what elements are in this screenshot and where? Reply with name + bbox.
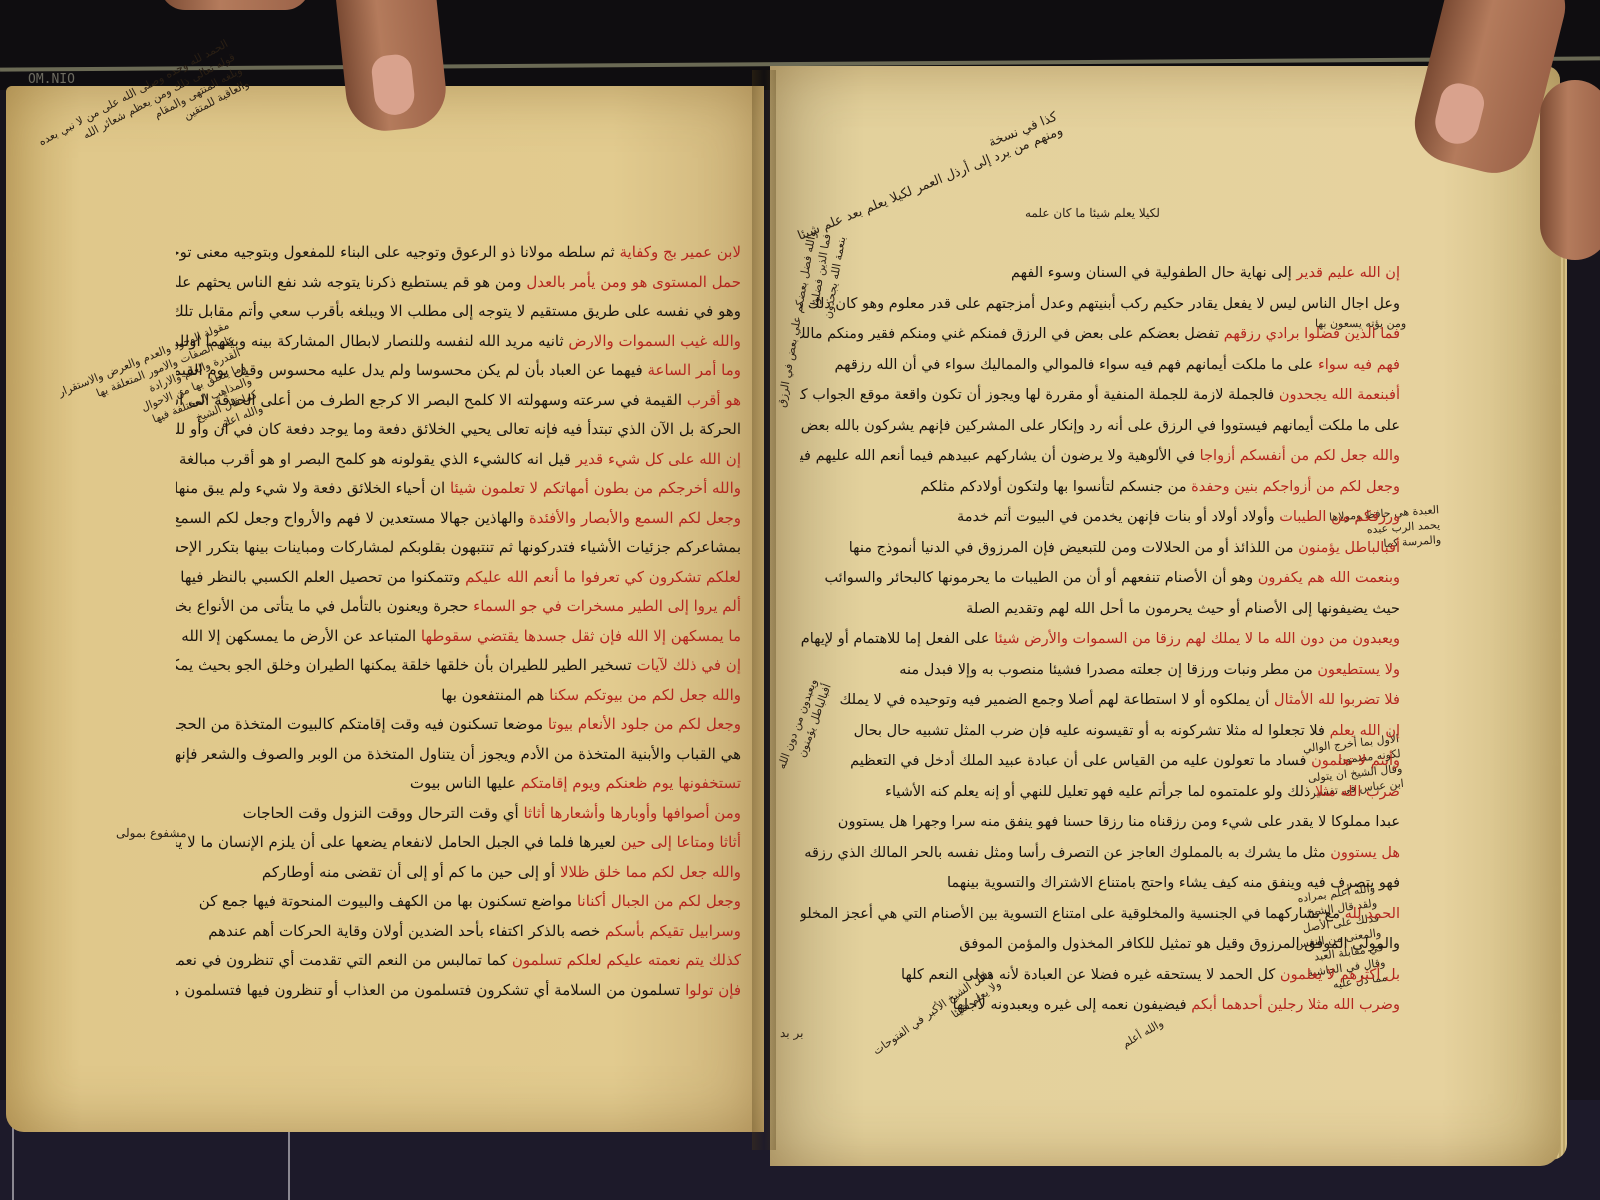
body-text: فساد ما تعولون عليه من القياس على أن عبا… — [850, 753, 1306, 769]
right-catchword: بر بد — [780, 1026, 803, 1040]
manuscript-line: ألم يروا إلى الطير مسخرات في جو السماء ح… — [176, 592, 741, 622]
body-text: مع تشاركهما في الجنسية والمخلوقية على ام… — [800, 906, 1340, 922]
rubric-text: فما الذين فضلوا برادي رزقهم — [1224, 326, 1400, 342]
body-text: هي القباب والأبنية المتخذة من الأدم ويجو… — [176, 745, 741, 763]
manuscript-line: تستخفونها يوم ظعنكم ويوم إقامتكم عليها ا… — [176, 769, 741, 799]
rubric-text: أفبنعمة الله يجحدون — [1279, 387, 1400, 403]
rubric-text: إن في ذلك لآيات — [637, 656, 741, 674]
body-text: فالجملة لازمة للجملة المنفية أو مقررة له… — [800, 387, 1274, 403]
rubric-text: والله غيب السموات والارض — [568, 332, 741, 350]
body-text: الحركة بل الآن الذي تبتدأ فيه فإنه تعالى… — [176, 420, 741, 438]
manuscript-line: وضرب الله مثلا رجلين أحدهما أبكم فيضيفون… — [800, 990, 1400, 1021]
body-text: في الألوهية ولا يرضون أن يشاركهم عبيدهم … — [800, 448, 1195, 464]
rubric-text: ألم يروا إلى الطير مسخرات في جو السماء — [473, 597, 741, 615]
manuscript-line: ورزقكم من الطيبات وأولاد أولاد أو بنات ف… — [800, 502, 1400, 533]
right-top-marginal-note: كذا في نسخة ومنهم من يرد إلى أرذل العمر … — [790, 109, 1065, 243]
manuscript-line: وما أمر الساعة فيهما عن العباد بأن لم يك… — [176, 356, 741, 386]
rubric-text: وما أمر الساعة — [647, 361, 741, 379]
body-text: هم المنتفعون بها — [441, 686, 544, 704]
manuscript-line: بل أكثرهم لا يعلمون كل الحمد لا يستحقه غ… — [800, 960, 1400, 991]
rubric-text: لابن عمير بج وكفاية — [620, 243, 742, 261]
backdrop-edge-line — [12, 1120, 14, 1200]
body-text: إلى نهاية حال الطفولية في السنان وسوء ال… — [1011, 265, 1292, 281]
body-text: ذلك ولو علمتموه لما جرأتم عليه فهو تعليل… — [885, 784, 1310, 800]
rubric-text: والله أخرجكم من بطون أمهاتكم لا تعلمون ش… — [450, 479, 741, 497]
rubric-text: حمل المستوى هو ومن يأمر بالعدل — [526, 273, 741, 291]
rubric-text: والله جعل لكم من أنفسكم أزواجا — [1200, 448, 1400, 464]
manuscript-line: والله جعل لكم من بيوتكم سكنا هم المنتفعو… — [176, 681, 741, 711]
body-text: وهو في نفسه على طريق مستقيم لا يتوجه إلى… — [176, 302, 741, 320]
manuscript-line: وعل اجال الناس ليس لا يفعل يقادر حكيم رك… — [800, 289, 1400, 320]
manuscript-line: إن الله عليم قدير إلى نهاية حال الطفولية… — [800, 258, 1400, 289]
manuscript-line: على ما ملكت أيمانهم فيستووا في الرزق على… — [800, 411, 1400, 442]
manuscript-line: هو أقرب القيمة في سرعته وسهولته الا كلمح… — [176, 386, 741, 416]
manuscript-line: لعلكم تشكرون كي تعرفوا ما أنعم الله عليك… — [176, 563, 741, 593]
manuscript-line: وسرابيل تقيكم بأسكم خصه بالذكر اكتفاء بأ… — [176, 917, 741, 947]
rubric-text: فلا تضربوا لله الأمثال — [1274, 692, 1400, 708]
rubric-text: وجعل لكم من الجبال أكنانا — [577, 892, 741, 910]
rubric-text: هل يستوون — [1330, 845, 1400, 861]
rubric-text: أفبالباطل يؤمنون — [1298, 540, 1400, 556]
body-text: وأولاد أولاد أو بنات فإنهن يخدمن في البي… — [957, 509, 1275, 525]
manuscript-line: ومن أصوافها وأوبارها وأشعارها أثاثا أي و… — [176, 799, 741, 829]
book-gutter — [752, 70, 776, 1150]
body-text: فيهما عن العباد بأن لم يكن محسوسا ولم يد… — [176, 361, 643, 379]
rubric-text: فهم فيه سواء — [1318, 357, 1400, 373]
manuscript-line: إن الله يعلم فلا تجعلوا له مثلا تشركونه … — [800, 716, 1400, 747]
manuscript-line: كذلك يتم نعمته عليكم لعلكم تسلمون كما تم… — [176, 946, 741, 976]
rubric-text: وجعل لكم من جلود الأنعام بيوتا — [548, 715, 741, 733]
body-text: المتباعد عن الأرض ما يمسكهن إلا الله — [181, 627, 416, 645]
rubric-text: ولا يستطيعون — [1317, 662, 1400, 678]
rubric-text: ورزقكم من الطيبات — [1279, 509, 1400, 525]
body-text: مثل ما يشرك به بالمملوك العاجز عن التصرف… — [800, 845, 1326, 861]
manuscript-line: والمولى الموفق المرزوق وقيل هو تمثيل للك… — [800, 929, 1400, 960]
body-text: ان أحياء الخلائق دفعة ولا شيء ولم يبق من… — [176, 479, 445, 497]
manuscript-line: حمل المستوى هو ومن يأمر بالعدل ومن هو قم… — [176, 268, 741, 298]
manuscript-line: الحمد لله مع تشاركهما في الجنسية والمخلو… — [800, 899, 1400, 930]
manuscript-line: وجعل لكم من أزواجكم بنين وحفدة من جنسكم … — [800, 472, 1400, 503]
body-text: أن يملكوه أو لا استطاعة لهم أصلا وجمع ال… — [839, 692, 1269, 708]
rubric-text: إن الله عليم قدير — [1296, 265, 1400, 281]
rubric-text: ضرب الله مثلا — [1315, 784, 1400, 800]
rubric-text: وبنعمت الله هم يكفرون — [1258, 570, 1400, 586]
body-text: فيضيفون نعمه إلى غيره ويعبدونه لأجلها — [953, 997, 1187, 1013]
rubric-text: فإن تولوا — [685, 981, 741, 999]
manuscript-line: والله غيب السموات والارض ثانيه مريد الله… — [176, 327, 741, 357]
rubric-text: كذلك يتم نعمته عليكم لعلكم تسلمون — [512, 951, 741, 969]
body-text: والمولى الموفق المرزوق وقيل هو تمثيل للك… — [959, 936, 1400, 952]
manuscript-left-page: الحمد لله وحده وصلى الله على من لا نبي ب… — [6, 86, 764, 1132]
manuscript-line: هل يستوون مثل ما يشرك به بالمملوك العاجز… — [800, 838, 1400, 869]
body-text: أو إلى حين ما كم أو إلى أن تقضى منه أوطا… — [262, 863, 555, 881]
manuscript-line: وجعل لكم من الجبال أكنانا مواضع تسكنون ب… — [176, 887, 741, 917]
rubric-text: ويعبدون من دون الله ما لا يملك لهم رزقا … — [994, 631, 1400, 647]
manuscript-line: الحركة بل الآن الذي تبتدأ فيه فإنه تعالى… — [176, 415, 741, 445]
rubric-text: الحمد لله — [1345, 906, 1400, 922]
manuscript-line: ضرب الله مثلا ذلك ولو علمتموه لما جرأتم … — [800, 777, 1400, 808]
manuscript-line: لابن عمير بج وكفاية ثم سلطه مولانا ذو ال… — [176, 238, 741, 268]
body-text: القيمة في سرعته وسهولته الا كلمح البصر ا… — [176, 391, 682, 409]
manuscript-line: وجعل لكم من جلود الأنعام بيوتا موضعا تسك… — [176, 710, 741, 740]
body-text: من مطر ونبات ورزقا إن جعلته مصدرا فشيئا … — [899, 662, 1313, 678]
manuscript-line: فهم فيه سواء على ما ملكت أيمانهم فهم فيه… — [800, 350, 1400, 381]
rubric-text: وأنتم لا تعلمون — [1311, 753, 1400, 769]
body-text: لعيرها فلما في الجبل الحامل لانفعام يضعه… — [176, 833, 616, 851]
backdrop-label: OM.NIO — [28, 72, 75, 87]
body-text: ومن هو قم يستطيع ذكرنا يتوجه شد نفع النا… — [176, 273, 522, 291]
manuscript-line: إن الله على كل شيء قدير قيل انه كالشيء ا… — [176, 445, 741, 475]
body-text: وعل اجال الناس ليس لا يفعل يقادر حكيم رك… — [800, 296, 1400, 312]
rubric-text: وجعل لكم من أزواجكم بنين وحفدة — [1191, 479, 1400, 495]
body-text: والهاذين جهالا مستعدين لا فهم والأرواح و… — [176, 509, 524, 527]
manuscript-line: والله جعل لكم مما خلق ظلالا أو إلى حين م… — [176, 858, 741, 888]
body-text: تسخير الطير للطيران بأن خلقها خلقة يمكنه… — [176, 656, 632, 674]
manuscript-line: وهو في نفسه على طريق مستقيم لا يتوجه إلى… — [176, 297, 741, 327]
rubric-text: بل أكثرهم لا يعلمون — [1280, 967, 1400, 983]
body-text: حيث يضيفونها إلى الأصنام أو حيث يحرمون م… — [966, 601, 1400, 617]
manuscript-line: ولا يستطيعون من مطر ونبات ورزقا إن جعلته… — [800, 655, 1400, 686]
body-text: وهو أن الأصنام تنفعهم أو أن من الطيبات م… — [824, 570, 1253, 586]
body-text: فهو يتصرف فيه وينفق منه كيف يشاء واحتج ب… — [947, 875, 1400, 891]
body-text: فلا تجعلوا له مثلا تشركونه به أو تقيسونه… — [854, 723, 1325, 739]
rubric-text: وجعل لكم السمع والأبصار والأفئدة — [529, 509, 741, 527]
manuscript-line: والله جعل لكم من أنفسكم أزواجا في الألوه… — [800, 441, 1400, 472]
manuscript-line: وجعل لكم السمع والأبصار والأفئدة والهاذي… — [176, 504, 741, 534]
left-page-main-text: لابن عمير بج وكفاية ثم سلطه مولانا ذو ال… — [176, 238, 741, 1005]
rubric-text: إن الله يعلم — [1330, 723, 1400, 739]
manuscript-line: ما يمسكهن إلا الله فإن ثقل جسدها يقتضي س… — [176, 622, 741, 652]
rubric-text: أثاثا ومتاعا إلى حين — [621, 833, 741, 851]
body-text: تسلمون من السلامة أي تشكرون فتسلمون من ا… — [176, 981, 680, 999]
backdrop-edge-line — [288, 1120, 290, 1200]
manuscript-line: فلا تضربوا لله الأمثال أن يملكوه أو لا ا… — [800, 685, 1400, 716]
rubric-text: ما يمسكهن إلا الله فإن ثقل جسدها يقتضي س… — [421, 627, 741, 645]
manuscript-right-page: كذا في نسخة ومنهم من يرد إلى أرذل العمر … — [770, 66, 1560, 1166]
manuscript-line: وبنعمت الله هم يكفرون وهو أن الأصنام تنف… — [800, 563, 1400, 594]
body-text: كما تمالبس من النعم التي تقدمت أي تنظرون… — [176, 951, 507, 969]
rubric-text: ومن أصوافها وأوبارها وأشعارها أثاثا — [523, 804, 741, 822]
rubric-text: هو أقرب — [687, 391, 741, 409]
body-text: عليها الناس بيوت — [410, 774, 516, 792]
manuscript-line: فإن تولوا تسلمون من السلامة أي تشكرون فت… — [176, 976, 741, 1006]
manuscript-line: ويعبدون من دون الله ما لا يملك لهم رزقا … — [800, 624, 1400, 655]
manuscript-line: إن في ذلك لآيات تسخير الطير للطيران بأن … — [176, 651, 741, 681]
manuscript-line: وأنتم لا تعلمون فساد ما تعولون عليه من ا… — [800, 746, 1400, 777]
manuscript-line: هي القباب والأبنية المتخذة من الأدم ويجو… — [176, 740, 741, 770]
body-text: مواضع تسكنون بها من الكهف والبيوت المنحو… — [199, 892, 572, 910]
manuscript-line: بمشاعركم جزئيات الأشياء فتدركونها ثم تنت… — [176, 533, 741, 563]
body-text: على الفعل إما للاهتمام أو لإيهام التخصيص… — [800, 631, 990, 647]
rubric-text: إن الله على كل شيء قدير — [576, 450, 741, 468]
rubric-text: والله جعل لكم مما خلق ظلالا — [560, 863, 741, 881]
body-text: على ما ملكت أيمانهم فيستووا في الرزق على… — [800, 418, 1400, 434]
body-text: عبدا مملوكا لا يقدر على شيء ومن رزقناه م… — [838, 814, 1400, 830]
body-text: وتتمكنوا من تحصيل العلم الكسبي بالنظر في… — [180, 568, 460, 586]
right-heading-note: لكيلا يعلم شيئا ما كان علمه — [1025, 206, 1160, 221]
manuscript-line: فهو يتصرف فيه وينفق منه كيف يشاء واحتج ب… — [800, 868, 1400, 899]
rubric-text: وسرابيل تقيكم بأسكم — [605, 922, 741, 940]
body-text: ثانيه مريد الله لنفسه وللنصار لابطال الم… — [176, 332, 564, 350]
rubric-text: لعلكم تشكرون كي تعرفوا ما أنعم الله عليك… — [465, 568, 741, 586]
rubric-text: والله جعل لكم من بيوتكم سكنا — [549, 686, 741, 704]
manuscript-line: أفبالباطل يؤمنون من اللذائذ أو من الحلال… — [800, 533, 1400, 564]
rubric-text: تستخفونها يوم ظعنكم ويوم إقامتكم — [521, 774, 741, 792]
body-text: موضعا تسكنون فيه وقت إقامتكم كالبيوت الم… — [176, 715, 543, 733]
left-hand-knuckle — [160, 0, 310, 10]
body-text: من اللذائذ أو من الحلالات ومن للتبعيض فإ… — [849, 540, 1294, 556]
manuscript-line: عبدا مملوكا لا يقدر على شيء ومن رزقناه م… — [800, 807, 1400, 838]
manuscript-line: فما الذين فضلوا برادي رزقهم تفضل بعضكم ع… — [800, 319, 1400, 350]
manuscript-line: حيث يضيفونها إلى الأصنام أو حيث يحرمون م… — [800, 594, 1400, 625]
body-text: كل الحمد لا يستحقه غيره فضلا عن العبادة … — [901, 967, 1275, 983]
body-text: على ما ملكت أيمانهم فهم فيه سواء فالموال… — [835, 357, 1314, 373]
body-text: أي وقت الترحال ووقت النزول وقت الحاجات — [243, 804, 519, 822]
body-text: حجرة ويعنون بالتأمل في ما يتأتى من الأنو… — [176, 597, 468, 615]
right-page-main-text: إن الله عليم قدير إلى نهاية حال الطفولية… — [800, 258, 1400, 1021]
right-hand-finger — [1540, 80, 1600, 260]
rubric-text: وضرب الله مثلا رجلين أحدهما أبكم — [1191, 997, 1400, 1013]
manuscript-line: والله أخرجكم من بطون أمهاتكم لا تعلمون ش… — [176, 474, 741, 504]
body-text: تفضل بعضكم على بعض في الرزق فمنكم غني وم… — [800, 326, 1219, 342]
right-bottom-small-note: والله أعلم — [1119, 1016, 1166, 1052]
body-text: قيل انه كالشيء الذي يقولونه هو كلمح البص… — [176, 450, 571, 468]
body-text: ثم سلطه مولانا ذو الرعوق وتوجيه على البن… — [176, 243, 615, 261]
manuscript-line: أفبنعمة الله يجحدون فالجملة لازمة للجملة… — [800, 380, 1400, 411]
body-text: من جنسكم لتأنسوا بها ولتكون أولادكم مثلك… — [920, 479, 1186, 495]
body-text: بمشاعركم جزئيات الأشياء فتدركونها ثم تنت… — [176, 538, 741, 556]
manuscript-line: أثاثا ومتاعا إلى حين لعيرها فلما في الجب… — [176, 828, 741, 858]
thumbnail — [1431, 80, 1488, 149]
fingernail — [370, 53, 416, 117]
body-text: خصه بالذكر اكتفاء بأحد الضدين أولان وقاي… — [208, 922, 600, 940]
